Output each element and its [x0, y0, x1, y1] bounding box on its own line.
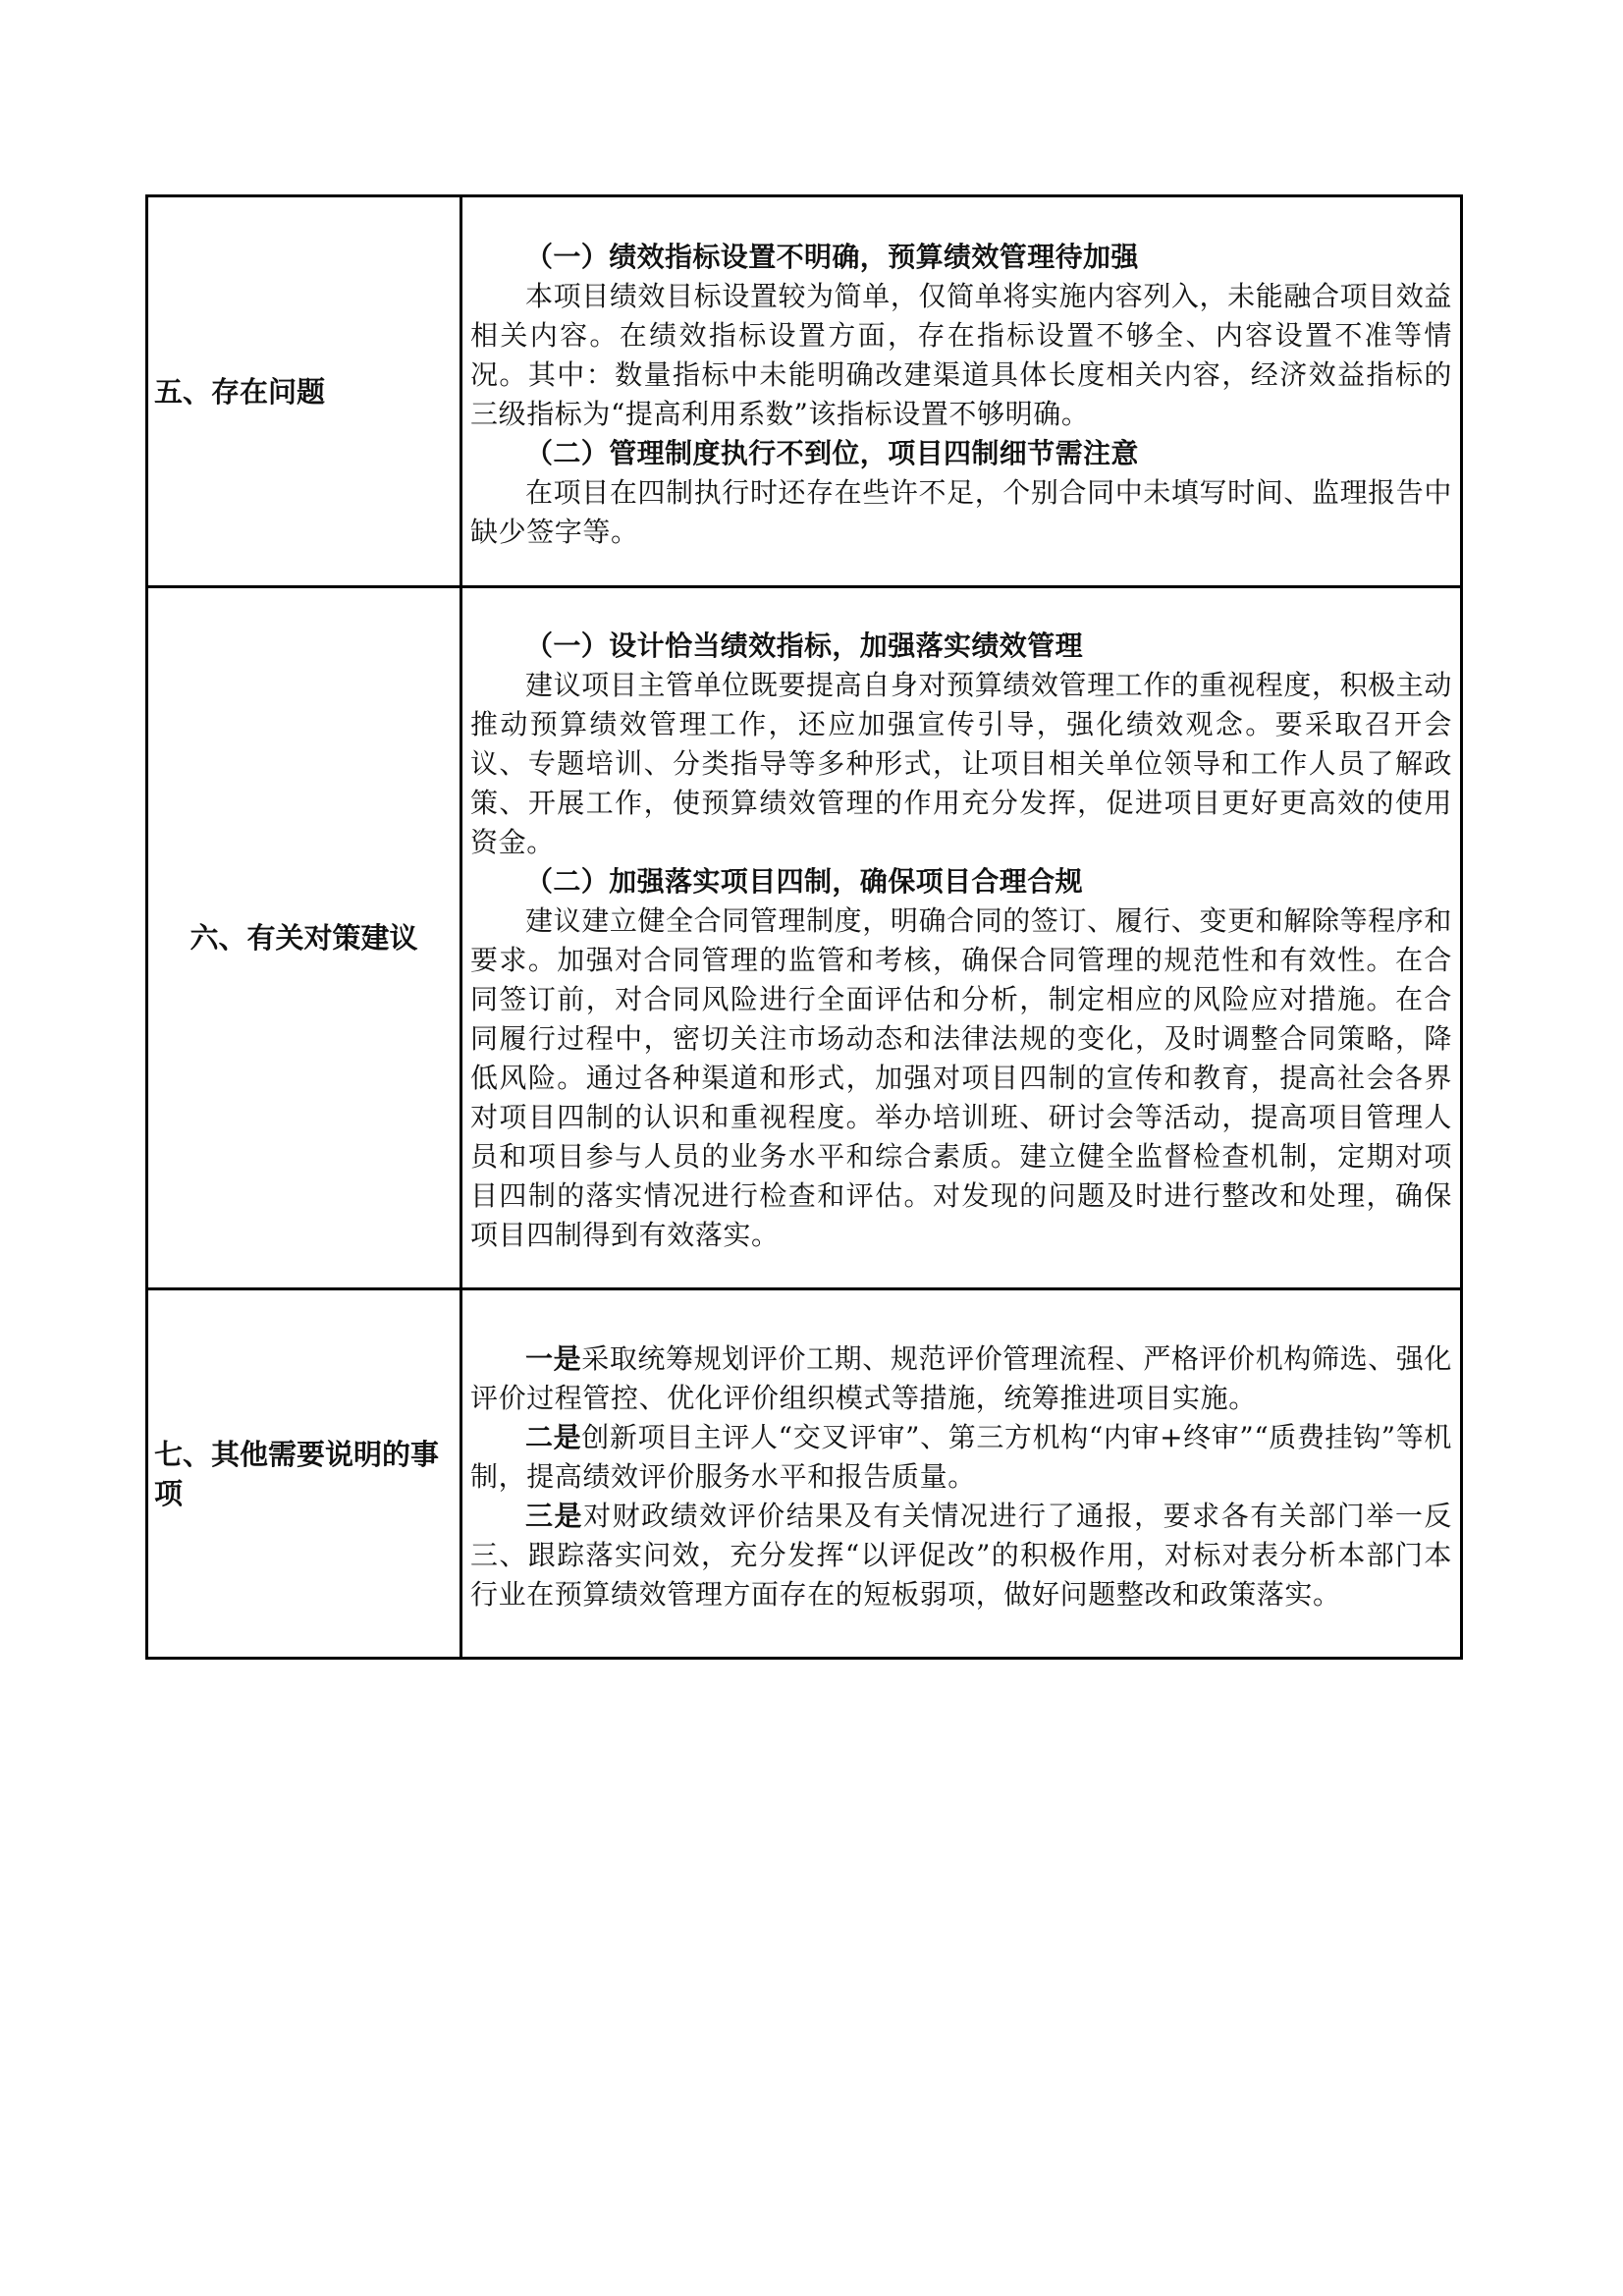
section-heading: （二）管理制度执行不到位，项目四制细节需注意: [470, 434, 1452, 473]
lead-paragraph-text: 采取统筹规划评价工期、规范评价管理流程、严格评价机构筛选、强化评价过程管控、优化…: [470, 1342, 1452, 1414]
section-paragraph: 本项目绩效目标设置较为简单，仅简单将实施内容列入，未能融合项目效益相关内容。在绩…: [470, 277, 1452, 434]
lead-paragraph: 二是创新项目主评人“交叉评审”、第三方机构“内审+终审”“质费挂钩”等机制，提高…: [470, 1418, 1452, 1497]
row-label-issues: 五、存在问题: [147, 196, 461, 587]
row-label-suggestions: 六、有关对策建议: [147, 587, 461, 1289]
lead-paragraph-text: 对财政绩效评价结果及有关情况进行了通报，要求各有关部门举一反三、跟踪落实问效，充…: [470, 1500, 1452, 1611]
section-paragraph: 在项目在四制执行时还存在些许不足，个别合同中未填写时间、监理报告中缺少签字等。: [470, 473, 1452, 552]
lead-paragraph-text: 创新项目主评人“交叉评审”、第三方机构“内审+终审”“质费挂钩”等机制，提高绩效…: [470, 1421, 1452, 1493]
lead-paragraph: 三是对财政绩效评价结果及有关情况进行了通报，要求各有关部门举一反三、跟踪落实问效…: [470, 1497, 1452, 1614]
section-paragraph: 建议建立健全合同管理制度，明确合同的签订、履行、变更和解除等程序和要求。加强对合…: [470, 902, 1452, 1255]
lead-term: 三是: [525, 1500, 583, 1532]
lead-term: 二是: [525, 1421, 581, 1453]
table-row-other-matters: 七、其他需要说明的事项 一是采取统筹规划评价工期、规范评价管理流程、严格评价机构…: [147, 1289, 1462, 1659]
lead-term: 一是: [525, 1342, 581, 1375]
row-content-other-matters: 一是采取统筹规划评价工期、规范评价管理流程、严格评价机构筛选、强化评价过程管控、…: [461, 1289, 1462, 1659]
section-heading: （一）绩效指标设置不明确，预算绩效管理待加强: [470, 238, 1452, 277]
lead-paragraph: 一是采取统筹规划评价工期、规范评价管理流程、严格评价机构筛选、强化评价过程管控、…: [470, 1339, 1452, 1418]
row-content-suggestions: （一）设计恰当绩效指标，加强落实绩效管理 建议项目主管单位既要提高自身对预算绩效…: [461, 587, 1462, 1289]
section-heading: （二）加强落实项目四制，确保项目合理合规: [470, 862, 1452, 902]
row-content-issues: （一）绩效指标设置不明确，预算绩效管理待加强 本项目绩效目标设置较为简单，仅简单…: [461, 196, 1462, 587]
evaluation-table: 五、存在问题 （一）绩效指标设置不明确，预算绩效管理待加强 本项目绩效目标设置较…: [145, 194, 1463, 1660]
section-heading: （一）设计恰当绩效指标，加强落实绩效管理: [470, 627, 1452, 666]
row-label-other-matters: 七、其他需要说明的事项: [147, 1289, 461, 1659]
section-paragraph: 建议项目主管单位既要提高自身对预算绩效管理工作的重视程度，积极主动推动预算绩效管…: [470, 666, 1452, 862]
table-row-suggestions: 六、有关对策建议 （一）设计恰当绩效指标，加强落实绩效管理 建议项目主管单位既要…: [147, 587, 1462, 1289]
table-row-issues: 五、存在问题 （一）绩效指标设置不明确，预算绩效管理待加强 本项目绩效目标设置较…: [147, 196, 1462, 587]
